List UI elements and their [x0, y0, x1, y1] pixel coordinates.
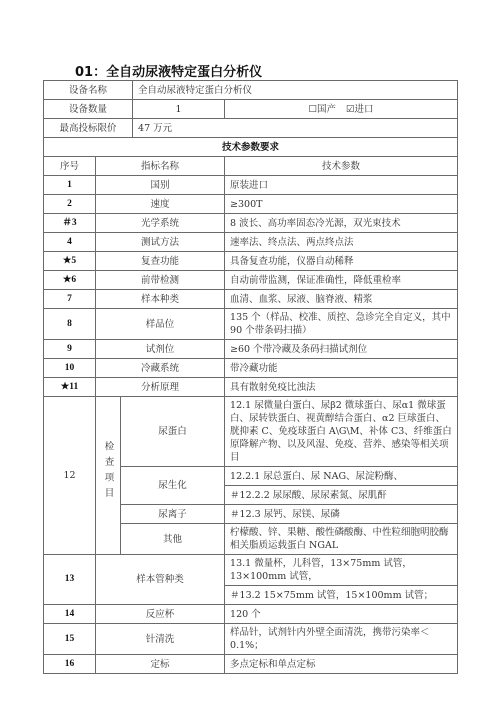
header-name: 指标名称 [96, 157, 225, 176]
row-name: 测试方法 [96, 233, 225, 252]
table-row: ★5 复查功能 具备复查功能，仪器自动稀释 [44, 252, 458, 271]
table-row: ＃3 光学系统 8 波长、高功率固态冷光源，双光束技术 [44, 214, 458, 233]
row-spec: 具备复查功能，仪器自动稀释 [225, 252, 458, 271]
row-name: 光学系统 [96, 214, 225, 233]
row-no: 2 [44, 195, 96, 214]
table-row: 8 样品位 135 个（样品、校准、质控、急诊完全自定义，其中 90 个带条码扫… [44, 309, 458, 340]
row-name: 复查功能 [96, 252, 225, 271]
table-row: ★11 分析原理 具有散射免疫比浊法 [44, 378, 458, 397]
table-row: 7 样本种类 血清、血浆、尿液、脑脊液、精浆 [44, 290, 458, 309]
table-row: 15 针清洗 样品针，试剂针内外壁全面清洗，携带污染率＜0.1%； [44, 624, 458, 655]
row-name: 冷藏系统 [96, 359, 225, 378]
row-spec: 速率法、终点法、两点终点法 [225, 233, 458, 252]
table-row: ★6 前带检测 自动前带监测，保证准确性，降低重检率 [44, 271, 458, 290]
table-row: 10 冷藏系统 带冷藏功能 [44, 359, 458, 378]
table-row: 16 定标 多点定标和单点定标 [44, 655, 458, 674]
equipment-name-label: 设备名称 [44, 81, 133, 100]
spec-table: 设备名称 全自动尿液特定蛋白分析仪 设备数量 1 ☐国产☑进口 最高投标限价 4… [43, 80, 458, 674]
group-label-text: 检查项目 [99, 441, 118, 503]
import-checkbox[interactable]: ☑进口 [346, 104, 374, 115]
table-row: 13 样本管种类 13.1 微量杯，儿科管，13×75mm 试管，13×100m… [44, 555, 458, 586]
table-row: 9 试剂位 ≥60 个带冷藏及条码扫描试剂位 [44, 340, 458, 359]
row-no: 16 [44, 655, 96, 674]
row-no: 13 [44, 555, 96, 605]
row-name: 速度 [96, 195, 225, 214]
row-name: 样本管种类 [96, 555, 225, 605]
subitem-spec: 柠檬酸、锌、果糖、酸性磷酸酶、中性粒细胞明胶酶相关脂质运载蛋白 NGAL [225, 524, 458, 555]
row-name: 样本种类 [96, 290, 225, 309]
row-no: 4 [44, 233, 96, 252]
row-name: 国别 [96, 176, 225, 195]
row-spec: 13.1 微量杯，儿科管，13×75mm 试管，13×100mm 试管， [225, 555, 458, 586]
row-no: 1 [44, 176, 96, 195]
subitem-name: 尿离子 [121, 505, 225, 524]
row-spec: ≥300T [225, 195, 458, 214]
subitem-name: 尿生化 [121, 467, 225, 505]
row-no: ★11 [44, 378, 96, 397]
header-spec: 技术参数 [225, 157, 458, 176]
row-name: 定标 [96, 655, 225, 674]
subitem-spec: ＃12.3 尿钙、尿镁、尿磷 [225, 505, 458, 524]
subitem-name: 其他 [121, 524, 225, 555]
row-spec: 自动前带监测，保证准确性，降低重检率 [225, 271, 458, 290]
subitem-name: 尿蛋白 [121, 397, 225, 467]
row-no: ＃3 [44, 214, 96, 233]
row-spec: 原装进口 [225, 176, 458, 195]
table-row: 4 测试方法 速率法、终点法、两点终点法 [44, 233, 458, 252]
row-name: 试剂位 [96, 340, 225, 359]
row-no: 8 [44, 309, 96, 340]
subitem-spec: 12.1 尿微量白蛋白、尿β2 微球蛋白、尿α1 微球蛋白、尿转铁蛋白、视黄醇结… [225, 397, 458, 467]
row-name: 针清洗 [96, 624, 225, 655]
row-group-label: 检查项目 [96, 397, 121, 555]
price-value: 47 万元 [133, 119, 458, 138]
equipment-qty-value: 1 [133, 100, 225, 119]
section-title: 技术参数要求 [44, 138, 458, 157]
subitem-spec: 12.2.1 尿总蛋白、尿 NAG、尿淀粉酶、 [225, 467, 458, 486]
table-row: 12 检查项目 尿蛋白 12.1 尿微量白蛋白、尿β2 微球蛋白、尿α1 微球蛋… [44, 397, 458, 467]
row-spec: 带冷藏功能 [225, 359, 458, 378]
row-spec: ≥60 个带冷藏及条码扫描试剂位 [225, 340, 458, 359]
row-spec: 多点定标和单点定标 [225, 655, 458, 674]
row-spec: 8 波长、高功率固态冷光源，双光束技术 [225, 214, 458, 233]
price-label: 最高投标限价 [44, 119, 133, 138]
row-no: ★6 [44, 271, 96, 290]
row-no: 14 [44, 605, 96, 624]
row-name: 前带检测 [96, 271, 225, 290]
row-spec: 血清、血浆、尿液、脑脊液、精浆 [225, 290, 458, 309]
equipment-name-value: 全自动尿液特定蛋白分析仪 [133, 81, 458, 100]
row-no: 10 [44, 359, 96, 378]
header-no: 序号 [44, 157, 96, 176]
row-no: 7 [44, 290, 96, 309]
origin-cell: ☐国产☑进口 [225, 100, 458, 119]
row-no: ★5 [44, 252, 96, 271]
row-spec: 135 个（样品、校准、质控、急诊完全自定义，其中 90 个带条码扫描） [225, 309, 458, 340]
row-no: 15 [44, 624, 96, 655]
row-spec: ＃13.2 15×75mm 试管，15×100mm 试管； [225, 586, 458, 605]
domestic-checkbox[interactable]: ☐国产 [309, 104, 337, 115]
row-name: 分析原理 [96, 378, 225, 397]
row-no: 12 [44, 397, 96, 555]
document-title: 01：全自动尿液特定蛋白分析仪 [75, 61, 262, 80]
row-spec: 样品针，试剂针内外壁全面清洗，携带污染率＜0.1%； [225, 624, 458, 655]
row-spec: 120 个 [225, 605, 458, 624]
subitem-spec: ＃12.2.2 尿尿酸、尿尿素氮、尿肌酐 [225, 486, 458, 505]
row-no: 9 [44, 340, 96, 359]
table-row: 14 反应杯 120 个 [44, 605, 458, 624]
table-row: 1 国别 原装进口 [44, 176, 458, 195]
row-name: 样品位 [96, 309, 225, 340]
table-row: 2 速度 ≥300T [44, 195, 458, 214]
row-name: 反应杯 [96, 605, 225, 624]
row-spec: 具有散射免疫比浊法 [225, 378, 458, 397]
equipment-qty-label: 设备数量 [44, 100, 133, 119]
